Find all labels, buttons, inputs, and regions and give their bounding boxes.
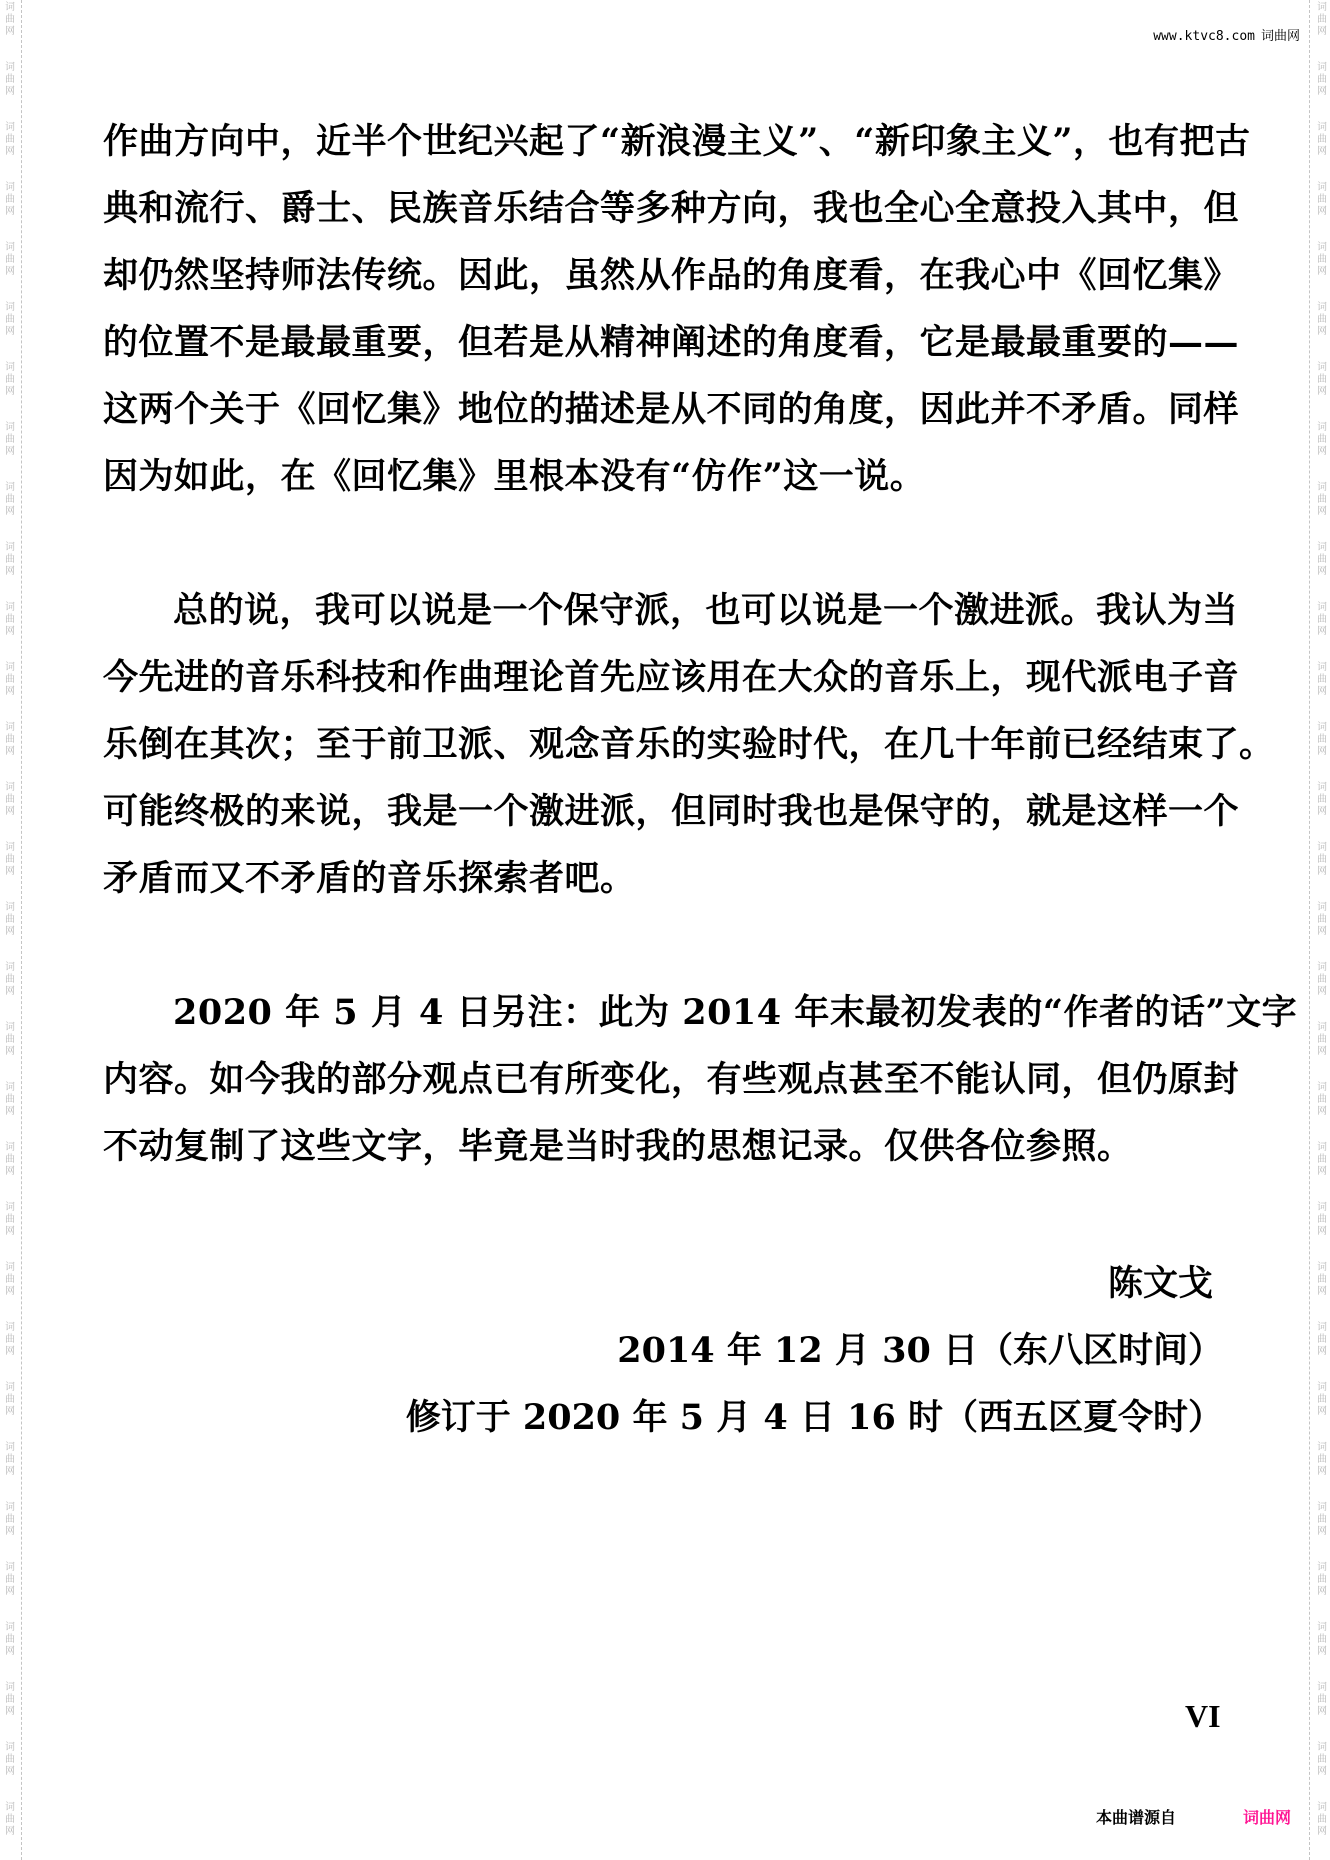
watermark-char: 词 [5,722,15,734]
watermark-char: 曲 [5,1454,15,1466]
watermark-char: 曲 [1317,1334,1327,1346]
watermark-group: 词曲网 [1312,1740,1330,1800]
watermark-char: 曲 [5,1214,15,1226]
watermark-char: 网 [1317,926,1327,938]
watermark-char: 网 [1317,1286,1327,1298]
watermark-group: 词曲网 [1312,540,1330,600]
watermark-char: 网 [5,1706,15,1718]
watermark-char: 曲 [1317,1514,1327,1526]
watermark-char: 词 [5,842,15,854]
text-line: 却仍然坚持师法传统。因此，虽然从作品的角度看，在我心中《回忆集》 [103,242,1228,309]
watermark-char: 网 [1317,806,1327,818]
watermark-group: 词曲网 [1312,780,1330,840]
watermark-char: 词 [1317,902,1327,914]
watermark-char: 网 [5,1286,15,1298]
watermark-group: 词曲网 [1312,1500,1330,1560]
watermark-char: 词 [1317,2,1327,14]
watermark-char: 曲 [1317,374,1327,386]
watermark-char: 词 [1317,1262,1327,1274]
watermark-group: 词曲网 [1312,1080,1330,1140]
watermark-char: 词 [5,1742,15,1754]
header-source: www.ktvc8.com词曲网 [1153,25,1300,44]
text-line: 内容。如今我的部分观点已有所变化，有些观点甚至不能认同，但仍原封 [103,1046,1228,1113]
document-body: 作曲方向中，近半个世纪兴起了“新浪漫主义”、“新印象主义”，也有把古 典和流行、… [103,108,1228,1180]
watermark-char: 词 [1317,302,1327,314]
watermark-char: 曲 [5,1754,15,1766]
watermark-char: 网 [5,926,15,938]
signature-block: 陈文戈 2014 年 12 月 30 日（东八区时间） 修订于 2020 年 5… [406,1250,1223,1451]
watermark-char: 网 [1317,206,1327,218]
watermark-char: 曲 [5,734,15,746]
watermark-group: 词曲网 [0,1800,20,1860]
watermark-group: 词曲网 [0,1680,20,1740]
watermark-char: 曲 [1317,614,1327,626]
watermark-char: 网 [5,86,15,98]
watermark-group: 词曲网 [0,1320,20,1380]
watermark-char: 曲 [5,1334,15,1346]
watermark-char: 词 [5,1802,15,1814]
watermark-char: 网 [5,1226,15,1238]
watermark-group: 词曲网 [0,360,20,420]
watermark-group: 词曲网 [0,900,20,960]
watermark-char: 曲 [5,74,15,86]
watermark-char: 词 [5,1682,15,1694]
watermark-group: 词曲网 [1312,120,1330,180]
watermark-char: 词 [5,1202,15,1214]
watermark-char: 曲 [5,794,15,806]
watermark-char: 曲 [1317,194,1327,206]
watermark-group: 词曲网 [0,180,20,240]
watermark-char: 词 [1317,782,1327,794]
watermark-char: 词 [1317,842,1327,854]
text-line: 2020 年 5 月 4 日另注：此为 2014 年末最初发表的“作者的话”文字 [103,979,1228,1046]
watermark-char: 词 [1317,1082,1327,1094]
watermark-char: 网 [5,1106,15,1118]
watermark-char: 网 [1317,26,1327,38]
watermark-char: 曲 [5,1514,15,1526]
text-line: 今先进的音乐科技和作曲理论首先应该用在大众的音乐上，现代派电子音 [103,644,1228,711]
watermark-char: 词 [5,482,15,494]
watermark-char: 词 [5,422,15,434]
watermark-char: 词 [5,1382,15,1394]
watermark-char: 词 [1317,182,1327,194]
watermark-group: 词曲网 [0,1020,20,1080]
watermark-group: 词曲网 [0,540,20,600]
watermark-char: 网 [5,266,15,278]
watermark-char: 网 [1317,1166,1327,1178]
watermark-char: 网 [1317,866,1327,878]
watermark-char: 曲 [5,554,15,566]
right-watermark-strip: 词曲网词曲网词曲网词曲网词曲网词曲网词曲网词曲网词曲网词曲网词曲网词曲网词曲网词… [1312,0,1330,1860]
watermark-char: 词 [5,1082,15,1094]
watermark-group: 词曲网 [0,1440,20,1500]
watermark-group: 词曲网 [0,720,20,780]
watermark-char: 曲 [1317,74,1327,86]
watermark-char: 曲 [5,854,15,866]
watermark-char: 网 [1317,1406,1327,1418]
watermark-char: 曲 [1317,794,1327,806]
watermark-group: 词曲网 [1312,1800,1330,1860]
watermark-char: 词 [5,602,15,614]
watermark-char: 网 [1317,266,1327,278]
watermark-char: 曲 [1317,1574,1327,1586]
watermark-char: 词 [5,902,15,914]
watermark-char: 网 [1317,386,1327,398]
watermark-char: 网 [1317,1586,1327,1598]
watermark-char: 网 [1317,506,1327,518]
watermark-char: 网 [1317,1346,1327,1358]
watermark-char: 网 [1317,1226,1327,1238]
watermark-group: 词曲网 [0,1260,20,1320]
watermark-char: 词 [5,1622,15,1634]
watermark-group: 词曲网 [0,960,20,1020]
watermark-char: 网 [1317,326,1327,338]
watermark-char: 曲 [5,974,15,986]
watermark-char: 词 [5,302,15,314]
watermark-char: 网 [1317,1706,1327,1718]
watermark-group: 词曲网 [1312,720,1330,780]
watermark-char: 网 [5,26,15,38]
watermark-group: 词曲网 [1312,1140,1330,1200]
watermark-char: 网 [5,386,15,398]
text-line: 作曲方向中，近半个世纪兴起了“新浪漫主义”、“新印象主义”，也有把古 [103,108,1228,175]
watermark-char: 曲 [5,314,15,326]
watermark-char: 曲 [1317,254,1327,266]
watermark-char: 网 [1317,146,1327,158]
watermark-char: 词 [1317,1022,1327,1034]
watermark-group: 词曲网 [1312,600,1330,660]
watermark-group: 词曲网 [1312,960,1330,1020]
watermark-group: 词曲网 [0,1080,20,1140]
watermark-group: 词曲网 [0,1200,20,1260]
watermark-char: 网 [1317,1826,1327,1838]
watermark-char: 网 [1317,86,1327,98]
watermark-group: 词曲网 [0,120,20,180]
watermark-char: 曲 [1317,1274,1327,1286]
watermark-char: 词 [5,1502,15,1514]
watermark-group: 词曲网 [0,1500,20,1560]
watermark-char: 网 [1317,1646,1327,1658]
watermark-group: 词曲网 [0,1740,20,1800]
watermark-char: 曲 [5,614,15,626]
page-number: VI [1185,1698,1221,1735]
watermark-group: 词曲网 [0,480,20,540]
watermark-char: 网 [5,1586,15,1598]
watermark-char: 网 [5,206,15,218]
watermark-char: 网 [1317,1046,1327,1058]
watermark-char: 词 [1317,362,1327,374]
watermark-char: 曲 [1317,1814,1327,1826]
watermark-char: 网 [5,866,15,878]
text-line: 矛盾而又不矛盾的音乐探索者吧。 [103,845,1228,912]
watermark-char: 词 [5,962,15,974]
watermark-char: 词 [1317,1622,1327,1634]
watermark-char: 网 [5,326,15,338]
watermark-char: 词 [5,1022,15,1034]
watermark-group: 词曲网 [0,840,20,900]
watermark-char: 网 [1317,1466,1327,1478]
watermark-group: 词曲网 [0,1620,20,1680]
watermark-char: 词 [1317,542,1327,554]
watermark-char: 曲 [5,1094,15,1106]
watermark-char: 曲 [5,1634,15,1646]
text-line: 不动复制了这些文字，毕竟是当时我的思想记录。仅供各位参照。 [103,1113,1228,1180]
watermark-char: 曲 [1317,554,1327,566]
watermark-char: 曲 [5,1574,15,1586]
watermark-char: 曲 [1317,494,1327,506]
left-dashed-border [21,0,22,1860]
watermark-char: 曲 [1317,134,1327,146]
watermark-group: 词曲网 [0,780,20,840]
watermark-char: 网 [5,1346,15,1358]
watermark-group: 词曲网 [1312,240,1330,300]
watermark-char: 曲 [1317,1214,1327,1226]
watermark-char: 曲 [1317,854,1327,866]
watermark-char: 词 [1317,1382,1327,1394]
watermark-group: 词曲网 [1312,840,1330,900]
watermark-char: 曲 [1317,1034,1327,1046]
watermark-char: 网 [1317,686,1327,698]
watermark-char: 曲 [5,134,15,146]
watermark-char: 曲 [5,14,15,26]
watermark-char: 网 [5,806,15,818]
watermark-char: 曲 [5,494,15,506]
paragraph-spacer [103,912,1228,979]
watermark-char: 曲 [5,1154,15,1166]
watermark-char: 网 [5,986,15,998]
watermark-char: 词 [1317,1742,1327,1754]
watermark-char: 词 [1317,122,1327,134]
watermark-char: 曲 [5,1274,15,1286]
text-line: 的位置不是最最重要，但若是从精神阐述的角度看，它是最最重要的—— [103,309,1228,376]
author-name: 陈文戈 [406,1250,1223,1317]
left-watermark-strip: 词曲网词曲网词曲网词曲网词曲网词曲网词曲网词曲网词曲网词曲网词曲网词曲网词曲网词… [0,0,20,1860]
text-line: 总的说，我可以说是一个保守派，也可以说是一个激进派。我认为当 [103,577,1228,644]
watermark-group: 词曲网 [1312,1320,1330,1380]
watermark-char: 词 [5,62,15,74]
watermark-char: 曲 [1317,1694,1327,1706]
watermark-char: 词 [5,2,15,14]
watermark-char: 网 [1317,746,1327,758]
watermark-group: 词曲网 [1312,1020,1330,1080]
footer-source-label: 本曲谱源自 [1096,1805,1176,1828]
watermark-char: 词 [5,1142,15,1154]
watermark-group: 词曲网 [1312,1380,1330,1440]
watermark-char: 词 [5,542,15,554]
watermark-char: 网 [5,1646,15,1658]
watermark-char: 网 [5,1826,15,1838]
watermark-group: 词曲网 [1312,0,1330,60]
watermark-char: 网 [5,1406,15,1418]
watermark-char: 词 [1317,1142,1327,1154]
watermark-char: 词 [1317,662,1327,674]
text-line: 因为如此，在《回忆集》里根本没有“仿作”这一说。 [103,443,1228,510]
watermark-char: 曲 [5,254,15,266]
watermark-group: 词曲网 [0,600,20,660]
watermark-char: 曲 [1317,434,1327,446]
watermark-group: 词曲网 [1312,900,1330,960]
watermark-char: 词 [5,1322,15,1334]
watermark-char: 网 [5,1046,15,1058]
watermark-char: 词 [1317,722,1327,734]
watermark-char: 曲 [1317,314,1327,326]
watermark-char: 词 [1317,1322,1327,1334]
watermark-char: 曲 [5,914,15,926]
watermark-group: 词曲网 [1312,1200,1330,1260]
paragraph-1: 作曲方向中，近半个世纪兴起了“新浪漫主义”、“新印象主义”，也有把古 典和流行、… [103,108,1228,510]
watermark-char: 网 [1317,1766,1327,1778]
watermark-char: 网 [5,626,15,638]
watermark-group: 词曲网 [1312,1620,1330,1680]
watermark-char: 曲 [1317,914,1327,926]
watermark-char: 网 [5,446,15,458]
watermark-char: 词 [5,122,15,134]
watermark-char: 词 [1317,1202,1327,1214]
watermark-char: 网 [1317,1526,1327,1538]
watermark-char: 网 [5,746,15,758]
watermark-char: 词 [5,242,15,254]
original-date: 2014 年 12 月 30 日（东八区时间） [406,1317,1223,1384]
watermark-char: 网 [1317,446,1327,458]
paragraph-3-note: 2020 年 5 月 4 日另注：此为 2014 年末最初发表的“作者的话”文字… [103,979,1228,1180]
watermark-group: 词曲网 [0,240,20,300]
watermark-char: 曲 [5,1814,15,1826]
watermark-char: 词 [1317,1442,1327,1454]
watermark-char: 曲 [5,1394,15,1406]
watermark-group: 词曲网 [0,0,20,60]
watermark-char: 网 [5,1466,15,1478]
watermark-char: 网 [5,1166,15,1178]
watermark-group: 词曲网 [1312,180,1330,240]
watermark-group: 词曲网 [1312,360,1330,420]
watermark-group: 词曲网 [0,660,20,720]
watermark-char: 曲 [1317,1394,1327,1406]
watermark-char: 词 [1317,62,1327,74]
watermark-group: 词曲网 [0,1380,20,1440]
watermark-char: 词 [1317,1802,1327,1814]
watermark-char: 网 [1317,986,1327,998]
watermark-char: 曲 [1317,1634,1327,1646]
watermark-char: 网 [1317,626,1327,638]
watermark-char: 曲 [5,674,15,686]
watermark-group: 词曲网 [0,1140,20,1200]
watermark-char: 网 [1317,1106,1327,1118]
watermark-group: 词曲网 [1312,1260,1330,1320]
watermark-char: 词 [1317,422,1327,434]
watermark-char: 曲 [1317,974,1327,986]
watermark-char: 曲 [5,374,15,386]
watermark-char: 词 [5,782,15,794]
watermark-group: 词曲网 [0,1560,20,1620]
watermark-char: 曲 [5,1694,15,1706]
watermark-char: 网 [1317,566,1327,578]
paragraph-2: 总的说，我可以说是一个保守派，也可以说是一个激进派。我认为当 今先进的音乐科技和… [103,577,1228,912]
watermark-group: 词曲网 [1312,420,1330,480]
watermark-char: 曲 [1317,1154,1327,1166]
watermark-char: 网 [5,686,15,698]
watermark-group: 词曲网 [0,420,20,480]
watermark-group: 词曲网 [1312,1560,1330,1620]
watermark-char: 词 [5,1442,15,1454]
watermark-char: 词 [5,362,15,374]
watermark-char: 词 [5,662,15,674]
footer-brand-link[interactable]: 词曲网 [1243,1805,1291,1828]
watermark-char: 词 [1317,1682,1327,1694]
text-line: 这两个关于《回忆集》地位的描述是从不同的角度，因此并不矛盾。同样 [103,376,1228,443]
watermark-char: 曲 [1317,674,1327,686]
watermark-char: 词 [5,182,15,194]
watermark-char: 网 [5,506,15,518]
header-site-url[interactable]: www.ktvc8.com [1153,29,1255,44]
paragraph-spacer [103,510,1228,577]
watermark-char: 曲 [5,194,15,206]
text-line: 典和流行、爵士、民族音乐结合等多种方向，我也全心全意投入其中，但 [103,175,1228,242]
watermark-char: 词 [1317,1502,1327,1514]
watermark-char: 曲 [5,1034,15,1046]
watermark-group: 词曲网 [1312,1440,1330,1500]
watermark-char: 曲 [1317,1454,1327,1466]
text-line: 乐倒在其次；至于前卫派、观念音乐的实验时代，在几十年前已经结束了。 [103,711,1228,778]
watermark-group: 词曲网 [1312,1680,1330,1740]
watermark-group: 词曲网 [1312,660,1330,720]
watermark-char: 网 [5,1526,15,1538]
watermark-char: 词 [1317,962,1327,974]
watermark-char: 曲 [1317,14,1327,26]
header-site-name: 词曲网 [1261,29,1300,44]
watermark-char: 网 [5,566,15,578]
watermark-char: 曲 [5,434,15,446]
right-dashed-border [1309,0,1310,1860]
watermark-group: 词曲网 [0,300,20,360]
watermark-char: 网 [5,146,15,158]
watermark-group: 词曲网 [1312,480,1330,540]
watermark-char: 词 [1317,602,1327,614]
text-line: 可能终极的来说，我是一个激进派，但同时我也是保守的，就是这样一个 [103,778,1228,845]
watermark-char: 曲 [1317,1094,1327,1106]
watermark-char: 曲 [1317,734,1327,746]
watermark-group: 词曲网 [1312,60,1330,120]
watermark-char: 词 [1317,1562,1327,1574]
watermark-char: 词 [1317,242,1327,254]
watermark-char: 网 [5,1766,15,1778]
watermark-char: 词 [5,1562,15,1574]
watermark-char: 曲 [1317,1754,1327,1766]
watermark-char: 词 [1317,482,1327,494]
watermark-char: 词 [5,1262,15,1274]
watermark-group: 词曲网 [1312,300,1330,360]
revised-date: 修订于 2020 年 5 月 4 日 16 时（西五区夏令时） [406,1384,1223,1451]
watermark-group: 词曲网 [0,60,20,120]
